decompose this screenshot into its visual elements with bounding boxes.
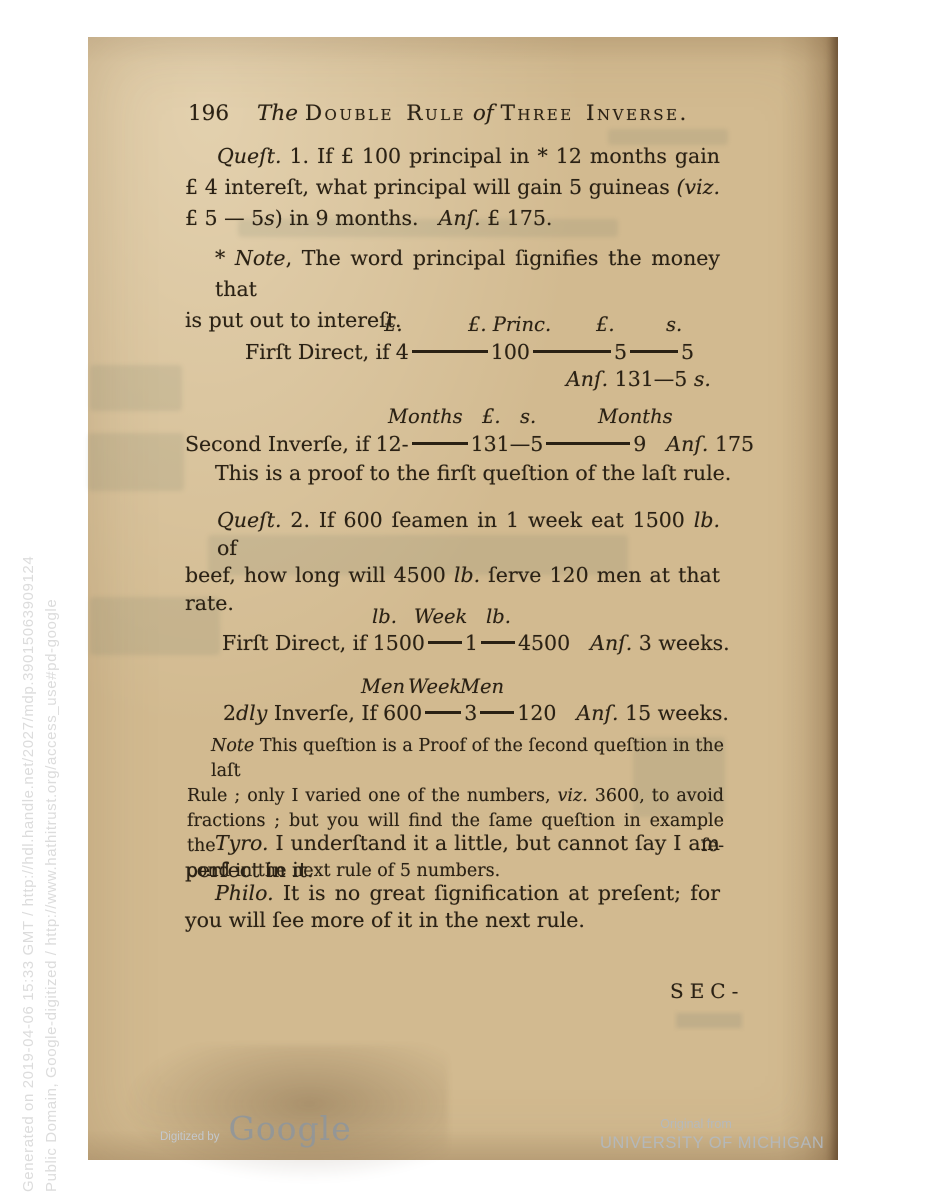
column-header-men: Men — [460, 675, 504, 698]
stating-label: 2dly Inverſe, If — [223, 701, 377, 725]
stating-label: Firſt Direct, if — [222, 631, 367, 655]
answer-cue: Anſ. — [590, 631, 632, 655]
bleed-through-smudge — [90, 365, 182, 411]
proportion-rule-line — [412, 350, 488, 353]
column-header-week: Week — [414, 605, 467, 628]
proportion-rule-line — [425, 711, 461, 714]
note-cue: Note — [211, 736, 254, 756]
answer-cue: Anſ. — [566, 367, 608, 391]
answer-first-stating: Anſ. 131—5 s. — [566, 367, 711, 391]
question-1-paragraph: Queſt. 1. If £ 100 principal in * 12 mon… — [185, 141, 720, 234]
second-inverse-stating: Second Inverſe, if12-131—59Anſ. 175 — [185, 432, 754, 456]
scan-generated-note: Generated on 2019-04-06 15:33 GMT / http… — [20, 372, 37, 1192]
proof-sentence: This is a proof to the firſt queſtion of… — [215, 461, 731, 485]
page-edge-shadow — [826, 37, 838, 1160]
tyro-dialogue: Tyro. I underſtand it a little, but cann… — [185, 830, 720, 883]
column-header-pounds: £. — [482, 405, 501, 428]
column-header-months: Months — [388, 405, 463, 428]
column-header-pounds: £. — [596, 313, 615, 336]
first-direct-stating: Firſt Direct, if410055 — [245, 340, 694, 364]
university-name: UNIVERSITY OF MICHIGAN — [600, 1134, 792, 1153]
column-header-men: Men — [361, 675, 405, 698]
scan-license-note: Public Domain, Google-digitized / http:/… — [43, 372, 60, 1192]
answer-cue: Anſ. — [576, 701, 618, 725]
proportion-rule-line — [630, 350, 678, 353]
second-inverse-stating-2: 2dly Inverſe, If6003120Anſ. 15 weeks. — [223, 701, 729, 725]
hathitrust-scan-view: Generated on 2019-04-06 15:33 GMT / http… — [0, 0, 927, 1200]
stating-label: Second Inverſe, if — [185, 432, 370, 456]
column-header-shillings: s. — [666, 313, 682, 336]
proportion-rule-line — [412, 442, 468, 445]
column-header-lb: lb. — [372, 605, 397, 628]
proportion-rule-line — [480, 711, 514, 714]
speaker-name: Philo. — [215, 881, 274, 905]
page-number: 196 — [188, 101, 229, 126]
digitized-by-label: Digitized by — [160, 1131, 219, 1143]
digitized-by-google-watermark: Digitized by Google — [160, 1109, 352, 1148]
column-header-shillings: s. — [520, 405, 536, 428]
column-header-months: Months — [598, 405, 673, 428]
column-header-week: Week — [408, 675, 461, 698]
proportion-rule-line — [481, 641, 515, 644]
first-direct-stating-2: Firſt Direct, if150014500Anſ. 3 weeks. — [222, 631, 730, 655]
question-2-paragraph: Queſt. 2. If 600 ſeamen in 1 week eat 15… — [185, 507, 720, 617]
question-cue: Queſt. — [217, 508, 281, 532]
column-header-pounds: £. — [384, 313, 403, 336]
google-logo: Google — [228, 1109, 351, 1148]
chapter-title: The Double Rule of Three Inverse. — [257, 101, 689, 126]
catchword-bleed-ghost — [676, 1013, 742, 1028]
column-header-lb: lb. — [486, 605, 511, 628]
note-cue: Note — [235, 246, 286, 270]
running-head: 196 The Double Rule of Three Inverse. — [188, 101, 689, 126]
stating-label: Firſt Direct, if — [245, 340, 390, 364]
catchword: SEC- — [670, 979, 744, 1003]
proportion-rule-line — [546, 442, 630, 445]
original-from-watermark: Original from UNIVERSITY OF MICHIGAN — [600, 1117, 792, 1153]
question-cue: Queſt. — [217, 144, 281, 168]
proportion-rule-line — [428, 641, 462, 644]
answer-cue: Anſ. — [439, 206, 481, 230]
note-principal-paragraph: * Note, The word principal ſignifies the… — [185, 243, 720, 336]
original-from-label: Original from — [600, 1117, 792, 1131]
column-header-pounds-principal: £. Princ. — [468, 313, 551, 336]
asterisk-mark: * — [215, 246, 235, 270]
proportion-rule-line — [533, 350, 611, 353]
speaker-name: Tyro. — [215, 831, 269, 855]
bleed-through-smudge — [88, 433, 184, 491]
philo-dialogue: Philo. It is no great ſignification at p… — [185, 880, 720, 934]
answer-cue: Anſ. — [666, 432, 708, 456]
book-page-scan: 196 The Double Rule of Three Inverse. Qu… — [88, 37, 838, 1160]
